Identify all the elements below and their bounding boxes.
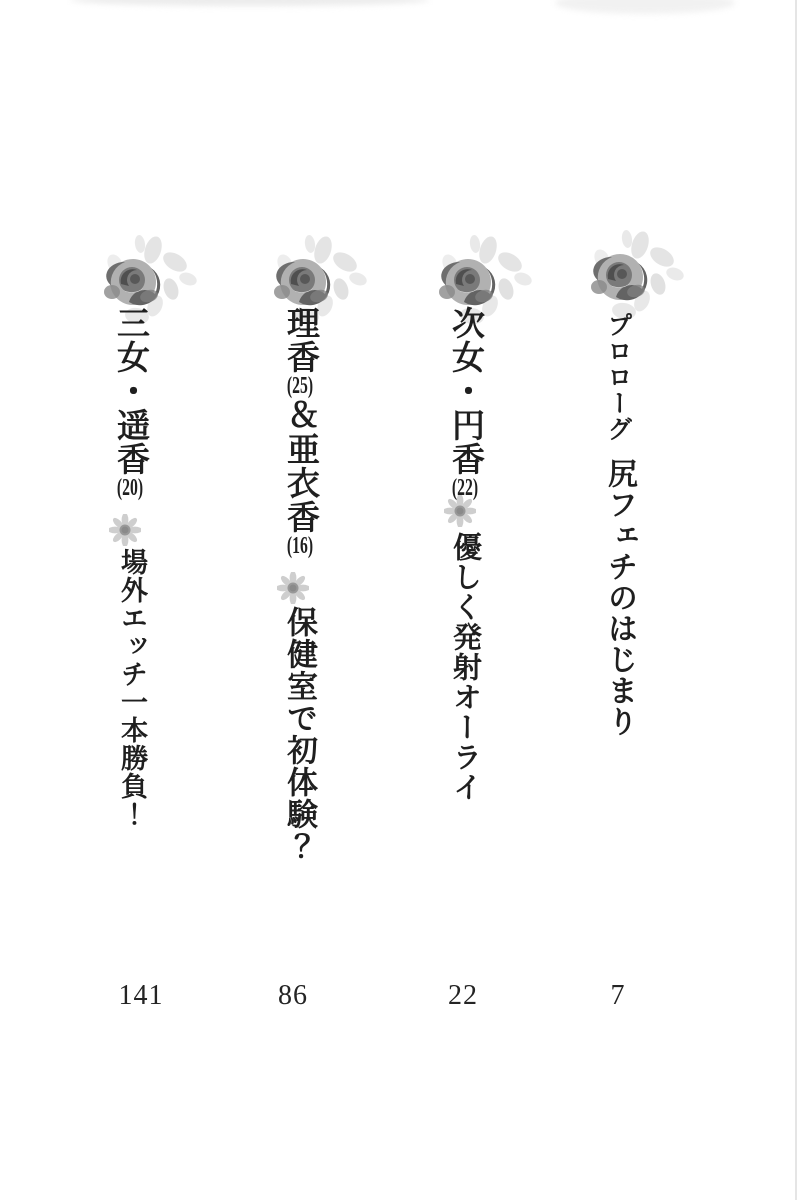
- toc-entry-3-ampersand: ＆: [282, 398, 318, 432]
- rose-ornament-icon: [582, 229, 692, 324]
- toc-entry-3-age1: (25): [287, 374, 313, 398]
- flower-asterisk-icon: [109, 514, 141, 546]
- toc-entry-3-title: 理香(25)＆亜衣香(16): [277, 306, 324, 558]
- toc-entry-prologue-kicker: プロローグ: [599, 312, 635, 442]
- toc-entry-4-title: 三女・遥香(20): [107, 306, 154, 500]
- toc-entry-2-title: 次女・円香(22): [442, 306, 489, 500]
- page-number: 22: [448, 980, 478, 1012]
- page-number: 141: [119, 980, 164, 1012]
- book-toc-page: プロローグ 尻フェチのはじまり 次女・円香(22) 優しく発射オーライ 理香(2…: [0, 0, 800, 1200]
- scan-smudge: [555, 0, 735, 14]
- toc-entry-3-subtitle: 保健室で初体験？: [277, 606, 322, 862]
- flower-asterisk-icon: [444, 495, 476, 527]
- toc-entry-prologue-title: 尻フェチのはじまり: [597, 458, 641, 737]
- toc-entry-4-subtitle: 場外エッチ一本勝負！: [113, 548, 152, 828]
- toc-entry-4-name: 三女・遥香: [112, 306, 148, 476]
- toc-entry-2-subtitle: 優しく発射オーライ: [445, 532, 486, 802]
- page-number: 86: [278, 980, 308, 1012]
- scan-edge-line: [795, 0, 797, 1200]
- page-number: 7: [611, 980, 626, 1012]
- toc-entry-2-name: 次女・円香: [447, 306, 483, 476]
- flower-asterisk-icon: [277, 572, 309, 604]
- toc-entry-3-age2: (16): [287, 534, 313, 558]
- toc-entry-3-name1: 理香: [282, 306, 318, 374]
- toc-entry-4-age: (20): [117, 476, 143, 500]
- scan-smudge: [70, 0, 430, 6]
- toc-entry-3-name2: 亜衣香: [282, 432, 318, 534]
